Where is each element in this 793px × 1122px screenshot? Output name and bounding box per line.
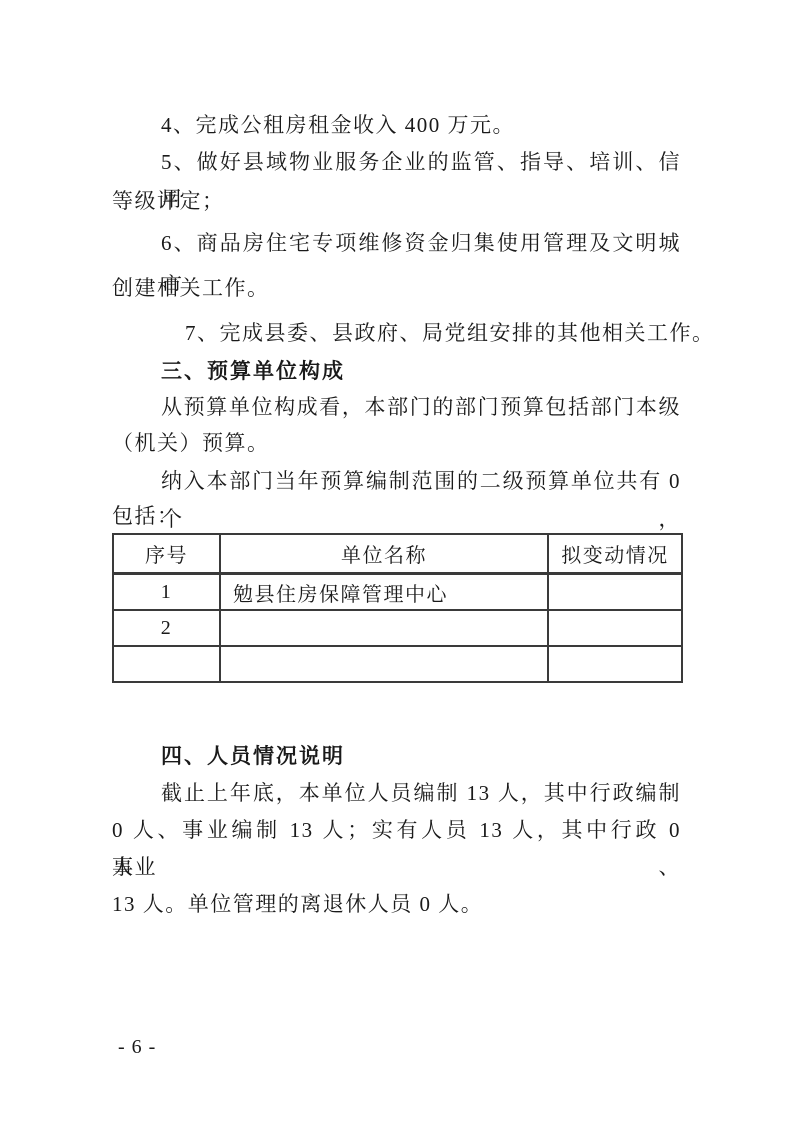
work-item-6-line2: 创建相关工作。 [112, 264, 681, 312]
section3-heading: 三、预算单位构成 [112, 354, 681, 389]
work-item-5-line2: 等级评定； [112, 181, 681, 222]
work-item-6-line1: 6、商品房住宅专项维修资金归集使用管理及文明城市 [112, 222, 681, 264]
page-number: - 6 - [118, 1036, 156, 1059]
table-header-unit-name: 单位名称 [220, 534, 548, 574]
table-cell-unit-name [220, 646, 548, 682]
table-header-row: 序号 单位名称 拟变动情况 [113, 534, 682, 574]
table-cell-unit-name: 勉县住房保障管理中心 [220, 574, 548, 611]
document-page: 4、完成公租房租金收入 400 万元。 5、做好县域物业服务企业的监管、指导、培… [0, 0, 793, 1122]
table-cell-change [548, 574, 682, 611]
table-row: 1 勉县住房保障管理中心 [113, 574, 682, 611]
section3-para2-line1: 纳入本部门当年预算编制范围的二级预算单位共有 0 个， [112, 462, 681, 500]
table-cell-change [548, 646, 682, 682]
section3-para1-line2: （机关）预算。 [112, 425, 681, 462]
section4-para1-line2: 0 人、事业编制 13 人；实有人员 13 人，其中行政 0 人、 [112, 812, 681, 849]
table-cell-seq: 1 [113, 574, 220, 611]
work-item-7: 7、完成县委、县政府、局党组安排的其他相关工作。 [112, 312, 681, 354]
document-body: 4、完成公租房租金收入 400 万元。 5、做好县域物业服务企业的监管、指导、培… [112, 107, 681, 923]
work-item-4: 4、完成公租房租金收入 400 万元。 [112, 107, 681, 144]
table-row: 2 [113, 610, 682, 646]
work-item-5-line1: 5、做好县域物业服务企业的监管、指导、培训、信用 [112, 144, 681, 181]
table-cell-seq: 2 [113, 610, 220, 646]
table-cell-unit-name [220, 610, 548, 646]
table-row [113, 646, 682, 682]
table-header-seq: 序号 [113, 534, 220, 574]
section3-para1-line1: 从预算单位构成看，本部门的部门预算包括部门本级 [112, 389, 681, 425]
section4-para1-line1: 截止上年底，本单位人员编制 13 人，其中行政编制 [112, 775, 681, 812]
table-cell-change [548, 610, 682, 646]
section4-para2: 13 人。单位管理的离退休人员 0 人。 [112, 886, 681, 923]
table-cell-seq [113, 646, 220, 682]
table-header-change: 拟变动情况 [548, 534, 682, 574]
section4-heading: 四、人员情况说明 [112, 738, 681, 775]
budget-units-table: 序号 单位名称 拟变动情况 1 勉县住房保障管理中心 2 [112, 533, 683, 683]
